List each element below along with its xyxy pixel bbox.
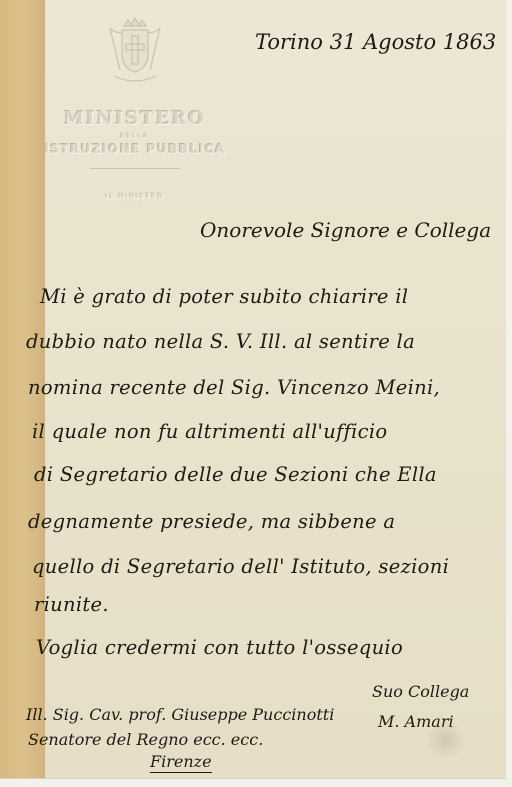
- body-line: riunite.: [34, 593, 109, 616]
- letterhead-ministero: MINISTERO: [30, 108, 240, 129]
- addressee-name: Ill. Sig. Cav. prof. Giuseppe Puccinotti: [26, 705, 334, 724]
- closing-collega: Suo Collega: [372, 682, 469, 701]
- addressee-city: Firenze: [150, 752, 212, 773]
- date-line: Torino 31 Agosto 1863: [255, 30, 496, 54]
- body-line: il quale non fu altrimenti all'ufficio: [32, 420, 387, 443]
- salutation: Onorevole Signore e Collega: [200, 218, 491, 242]
- letterhead-della: DELLA: [30, 133, 240, 140]
- body-line: di Segretario delle due Sezioni che Ella: [34, 463, 437, 486]
- addressee-title: Senatore del Regno ecc. ecc.: [28, 730, 263, 749]
- body-line: degnamente presiede, ma sibbene a: [28, 510, 395, 533]
- body-line: quello di Segretario dell' Istituto, sez…: [32, 555, 449, 578]
- letterhead-istruzione: ISTRUZIONE PUBBLICA: [30, 142, 240, 156]
- letter-page: MINISTERO DELLA ISTRUZIONE PUBBLICA IL M…: [0, 0, 507, 779]
- body-line: nomina recente del Sig. Vincenzo Meini,: [28, 376, 440, 399]
- letterhead-ornament: · · ·: [30, 206, 240, 212]
- body-line: dubbio nato nella S. V. Ill. al sentire …: [26, 330, 415, 353]
- crest-icon: [100, 14, 170, 84]
- letterhead-rule: [90, 168, 180, 169]
- letterhead: MINISTERO DELLA ISTRUZIONE PUBBLICA IL M…: [30, 14, 240, 212]
- letterhead-il-ministro: IL MINISTRO: [30, 193, 240, 200]
- body-line: Voglia credermi con tutto l'ossequio: [36, 636, 403, 659]
- body-line: Mi è grato di poter subito chiarire il: [40, 285, 408, 308]
- paper-stain: [426, 720, 466, 760]
